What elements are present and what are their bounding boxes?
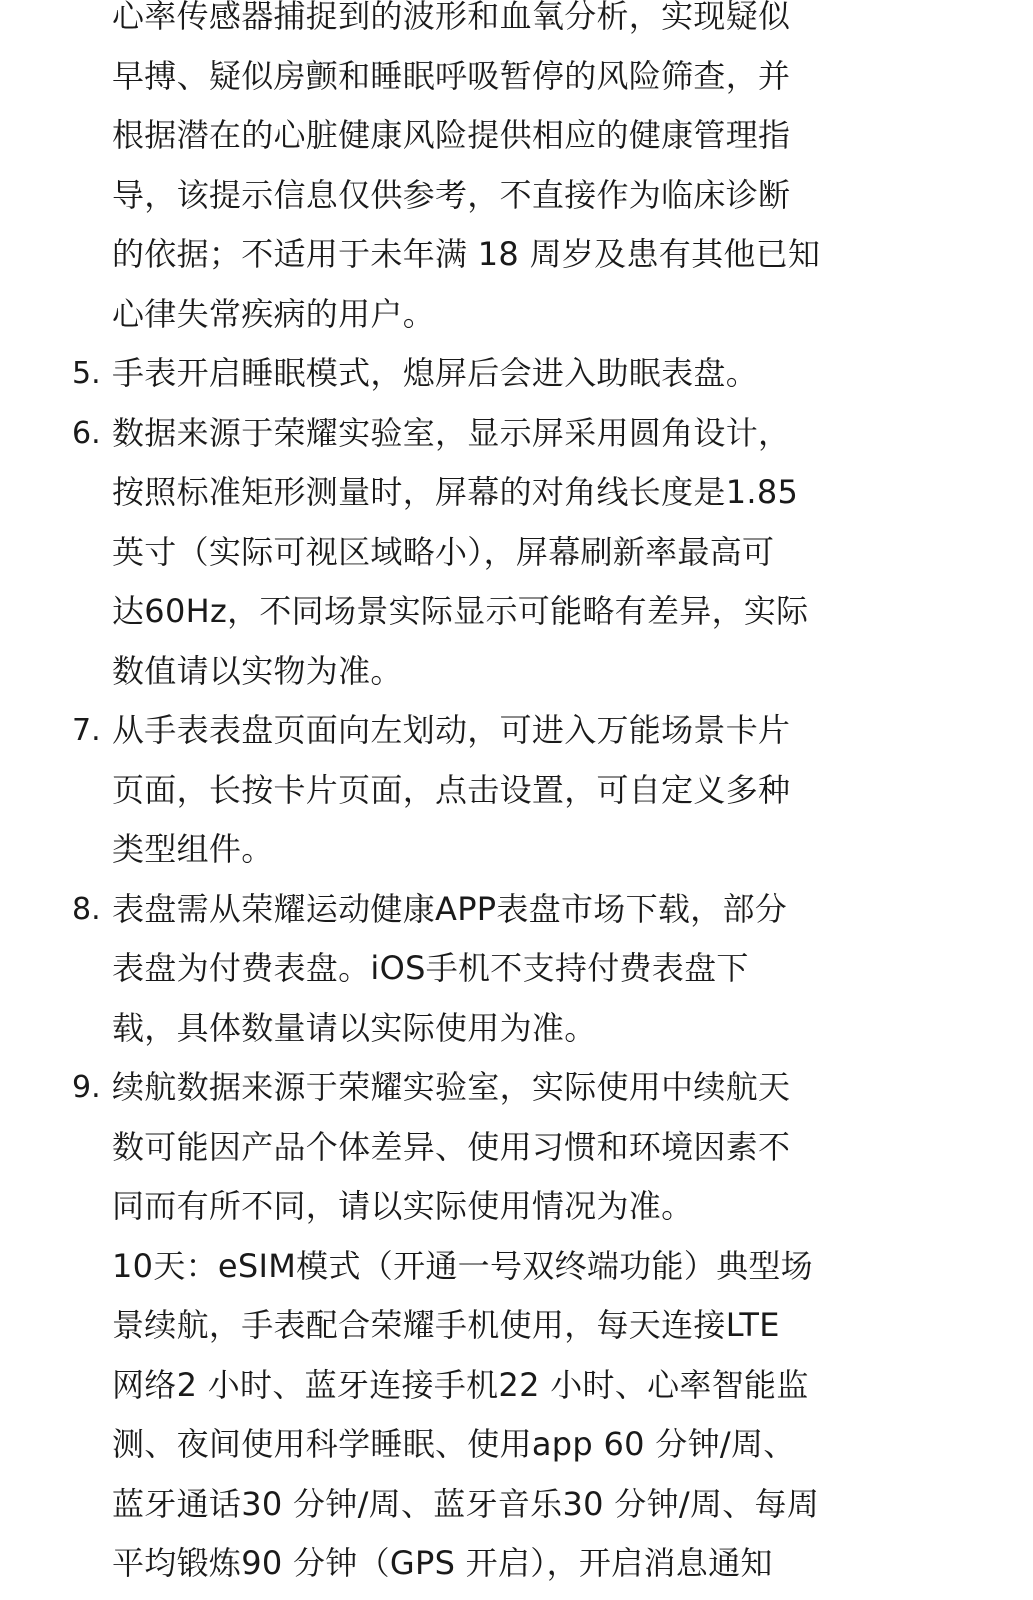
item-number: 9. (72, 1058, 112, 1118)
text-line: 续航数据来源于荣耀实验室，实际使用中续航天 (112, 1058, 933, 1118)
item-number: 8. (72, 880, 112, 940)
footnote-item-4-continued: 心率传感器捕捉到的波形和血氧分析，实现疑似 早搏、疑似房颤和睡眠呼吸暂停的风险筛… (0, 0, 1033, 344)
text-line: 早搏、疑似房颤和睡眠呼吸暂停的风险筛查，并 (112, 47, 933, 107)
text-line: 蓝牙通话30 分钟/周、蓝牙音乐30 分钟/周、每周 (112, 1475, 933, 1535)
item-number: 6. (72, 404, 112, 464)
text-line: 按照标准矩形测量时，屏幕的对角线长度是1.85 (112, 463, 933, 523)
text-line: 类型组件。 (112, 820, 933, 880)
footnote-item-7: 7. 从手表表盘页面向左划动，可进入万能场景卡片 页面，长按卡片页面，点击设置，… (0, 701, 1033, 880)
text-line: 表盘为付费表盘。iOS手机不支持付费表盘下 (112, 939, 933, 999)
text-line: 载，具体数量请以实际使用为准。 (112, 999, 933, 1059)
text-line: 平均锻炼90 分钟（GPS 开启），开启消息通知 (112, 1534, 933, 1594)
footnote-item-5: 5. 手表开启睡眠模式，熄屏后会进入助眠表盘。 (0, 344, 1033, 404)
item-number: 7. (72, 701, 112, 761)
text-line: 心率传感器捕捉到的波形和血氧分析，实现疑似 (112, 0, 933, 47)
text-line: 表盘需从荣耀运动健康APP表盘市场下载，部分 (112, 880, 933, 940)
footnote-item-9: 9. 续航数据来源于荣耀实验室，实际使用中续航天 数可能因产品个体差异、使用习惯… (0, 1058, 1033, 1594)
text-line: 测、夜间使用科学睡眠、使用app 60 分钟/周、 (112, 1415, 933, 1475)
text-line: 数值请以实物为准。 (112, 642, 933, 702)
text-line: 景续航，手表配合荣耀手机使用，每天连接LTE (112, 1296, 933, 1356)
text-line: 手表开启睡眠模式，熄屏后会进入助眠表盘。 (112, 344, 933, 404)
text-line: 达60Hz，不同场景实际显示可能略有差异，实际 (112, 582, 933, 642)
text-line: 数据来源于荣耀实验室，显示屏采用圆角设计， (112, 404, 933, 464)
footnote-item-6: 6. 数据来源于荣耀实验室，显示屏采用圆角设计， 按照标准矩形测量时，屏幕的对角… (0, 404, 1033, 702)
footnote-item-8: 8. 表盘需从荣耀运动健康APP表盘市场下载，部分 表盘为付费表盘。iOS手机不… (0, 880, 1033, 1059)
text-line: 数可能因产品个体差异、使用习惯和环境因素不 (112, 1118, 933, 1178)
item-number: 5. (72, 344, 112, 404)
text-line: 的依据；不适用于未年满 18 周岁及患有其他已知 (112, 225, 933, 285)
text-line: 从手表表盘页面向左划动，可进入万能场景卡片 (112, 701, 933, 761)
footnotes-document: 心率传感器捕捉到的波形和血氧分析，实现疑似 早搏、疑似房颤和睡眠呼吸暂停的风险筛… (0, 0, 1033, 1594)
text-line: 心律失常疾病的用户。 (112, 285, 933, 345)
text-line: 页面，长按卡片页面，点击设置，可自定义多种 (112, 761, 933, 821)
text-line: 英寸（实际可视区域略小），屏幕刷新率最高可 (112, 523, 933, 583)
text-line: 导，该提示信息仅供参考，不直接作为临床诊断 (112, 166, 933, 226)
text-line: 10天：eSIM模式（开通一号双终端功能）典型场 (112, 1237, 933, 1297)
text-line: 根据潜在的心脏健康风险提供相应的健康管理指 (112, 106, 933, 166)
text-line: 网络2 小时、蓝牙连接手机22 小时、心率智能监 (112, 1356, 933, 1416)
text-line: 同而有所不同，请以实际使用情况为准。 (112, 1177, 933, 1237)
